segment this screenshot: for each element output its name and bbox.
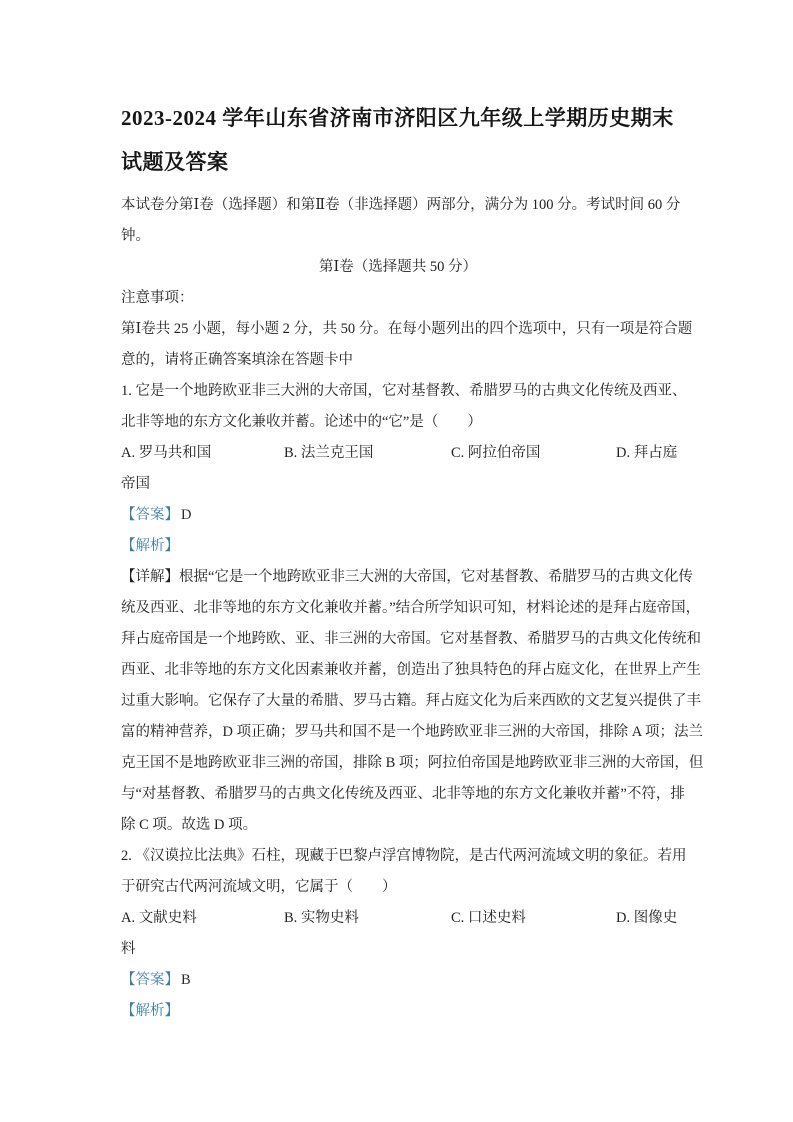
text-line: 克王国不是地跨欧亚非三洲的帝国，排除 B 项；阿拉伯帝国是地跨欧亚非三洲的大帝国…	[121, 748, 675, 779]
question-1-stem: 1. 它是一个地跨欧亚非三大洲的大帝国，它对基督教、希腊罗马的古典文化传统及西亚…	[121, 376, 675, 438]
answer-value: D	[179, 507, 191, 523]
text-line: 2. 《汉谟拉比法典》石柱，现藏于巴黎卢浮宫博物院，是古代两河流域文明的象征。若…	[121, 841, 675, 872]
analysis-label: 【解析】	[121, 1003, 179, 1019]
answer-value: B	[179, 972, 191, 988]
text-line: 【详解】根据“它是一个地跨欧亚非三大洲的大帝国，它对基督教、希腊罗马的古典文化传	[121, 562, 675, 593]
question-1-explanation: 【详解】根据“它是一个地跨欧亚非三大洲的大帝国，它对基督教、希腊罗马的古典文化传…	[121, 562, 675, 841]
question-2: 2. 《汉谟拉比法典》石柱，现藏于巴黎卢浮宫博物院，是古代两河流域文明的象征。若…	[121, 841, 675, 1027]
document-title: 2023-2024 学年山东省济南市济阳区九年级上学期历史期末试题及答案	[121, 96, 675, 184]
question-2-options: A. 文献史料 B. 实物史料 C. 口述史料 D. 图像史	[121, 903, 675, 934]
text-line: 第Ⅰ卷共 25 小题，每小题 2 分，共 50 分。在每小题列出的四个选项中，只…	[121, 314, 675, 345]
answer-label: 【答案】	[121, 507, 179, 523]
text-line: 本试卷分第Ⅰ卷（选择题）和第Ⅱ卷（非选择题）两部分，满分为 100 分。考试时间…	[121, 190, 675, 221]
question-1-options: A. 罗马共和国 B. 法兰克王国 C. 阿拉伯帝国 D. 拜占庭	[121, 438, 675, 469]
text-line: 试题及答案	[121, 140, 675, 184]
answer-line: 【答案】D	[121, 500, 675, 531]
option-d-overflow: 料	[121, 934, 675, 965]
question-1: 1. 它是一个地跨欧亚非三大洲的大帝国，它对基督教、希腊罗马的古典文化传统及西亚…	[121, 376, 675, 841]
section-heading: 第Ⅰ卷（选择题共 50 分）	[121, 252, 675, 283]
option-a: A. 文献史料	[121, 903, 284, 934]
text-line: 拜占庭帝国是一个地跨欧、亚、非三洲的大帝国。它对基督教、希腊罗马的古典文化传统和	[121, 624, 675, 655]
option-d: D. 图像史	[616, 903, 677, 934]
option-a: A. 罗马共和国	[121, 438, 284, 469]
exam-intro-paragraph: 本试卷分第Ⅰ卷（选择题）和第Ⅱ卷（非选择题）两部分，满分为 100 分。考试时间…	[121, 190, 675, 252]
answer-line: 【答案】B	[121, 965, 675, 996]
analysis-label: 【解析】	[121, 538, 179, 554]
text-line: 西亚、北非等地的东方文化因素兼收并蓄，创造出了独具特色的拜占庭文化，在世界上产生	[121, 655, 675, 686]
text-line: 北非等地的东方文化兼收并蓄。论述中的“它”是（ ）	[121, 407, 675, 438]
text-line: 富的精神营养，D 项正确；罗马共和国不是一个地跨欧亚非三洲的大帝国，排除 A 项…	[121, 717, 675, 748]
notes-heading: 注意事项：	[121, 283, 675, 314]
answer-label: 【答案】	[121, 972, 179, 988]
text-line: 钟。	[121, 221, 675, 252]
text-line: 除 C 项。故选 D 项。	[121, 810, 675, 841]
notes-paragraph: 第Ⅰ卷共 25 小题，每小题 2 分，共 50 分。在每小题列出的四个选项中，只…	[121, 314, 675, 376]
text-line: 与“对基督教、希腊罗马的古典文化传统及西亚、北非等地的东方文化兼收并蓄”不符，排	[121, 779, 675, 810]
text-line: 过重大影响。它保存了大量的希腊、罗马古籍。拜占庭文化为后来西欧的文艺复兴提供了丰	[121, 686, 675, 717]
analysis-line: 【解析】	[121, 996, 675, 1027]
option-b: B. 实物史料	[284, 903, 451, 934]
question-2-stem: 2. 《汉谟拉比法典》石柱，现藏于巴黎卢浮宫博物院，是古代两河流域文明的象征。若…	[121, 841, 675, 903]
text-line: 1. 它是一个地跨欧亚非三大洲的大帝国，它对基督教、希腊罗马的古典文化传统及西亚…	[121, 376, 675, 407]
text-line: 2023-2024 学年山东省济南市济阳区九年级上学期历史期末	[121, 96, 675, 140]
option-c: C. 口述史料	[451, 903, 616, 934]
option-d: D. 拜占庭	[616, 438, 677, 469]
option-b: B. 法兰克王国	[284, 438, 451, 469]
option-d-overflow: 帝国	[121, 469, 675, 500]
text-line: 统及西亚、北非等地的东方文化兼收并蓄。”结合所学知识可知，材料论述的是拜占庭帝国…	[121, 593, 675, 624]
text-line: 意的，请将正确答案填涂在答题卡中	[121, 345, 675, 376]
option-c: C. 阿拉伯帝国	[451, 438, 616, 469]
text-line: 于研究古代两河流域文明，它属于（ ）	[121, 872, 675, 903]
exam-document-page: 2023-2024 学年山东省济南市济阳区九年级上学期历史期末试题及答案 本试卷…	[0, 0, 793, 1122]
analysis-line: 【解析】	[121, 531, 675, 562]
